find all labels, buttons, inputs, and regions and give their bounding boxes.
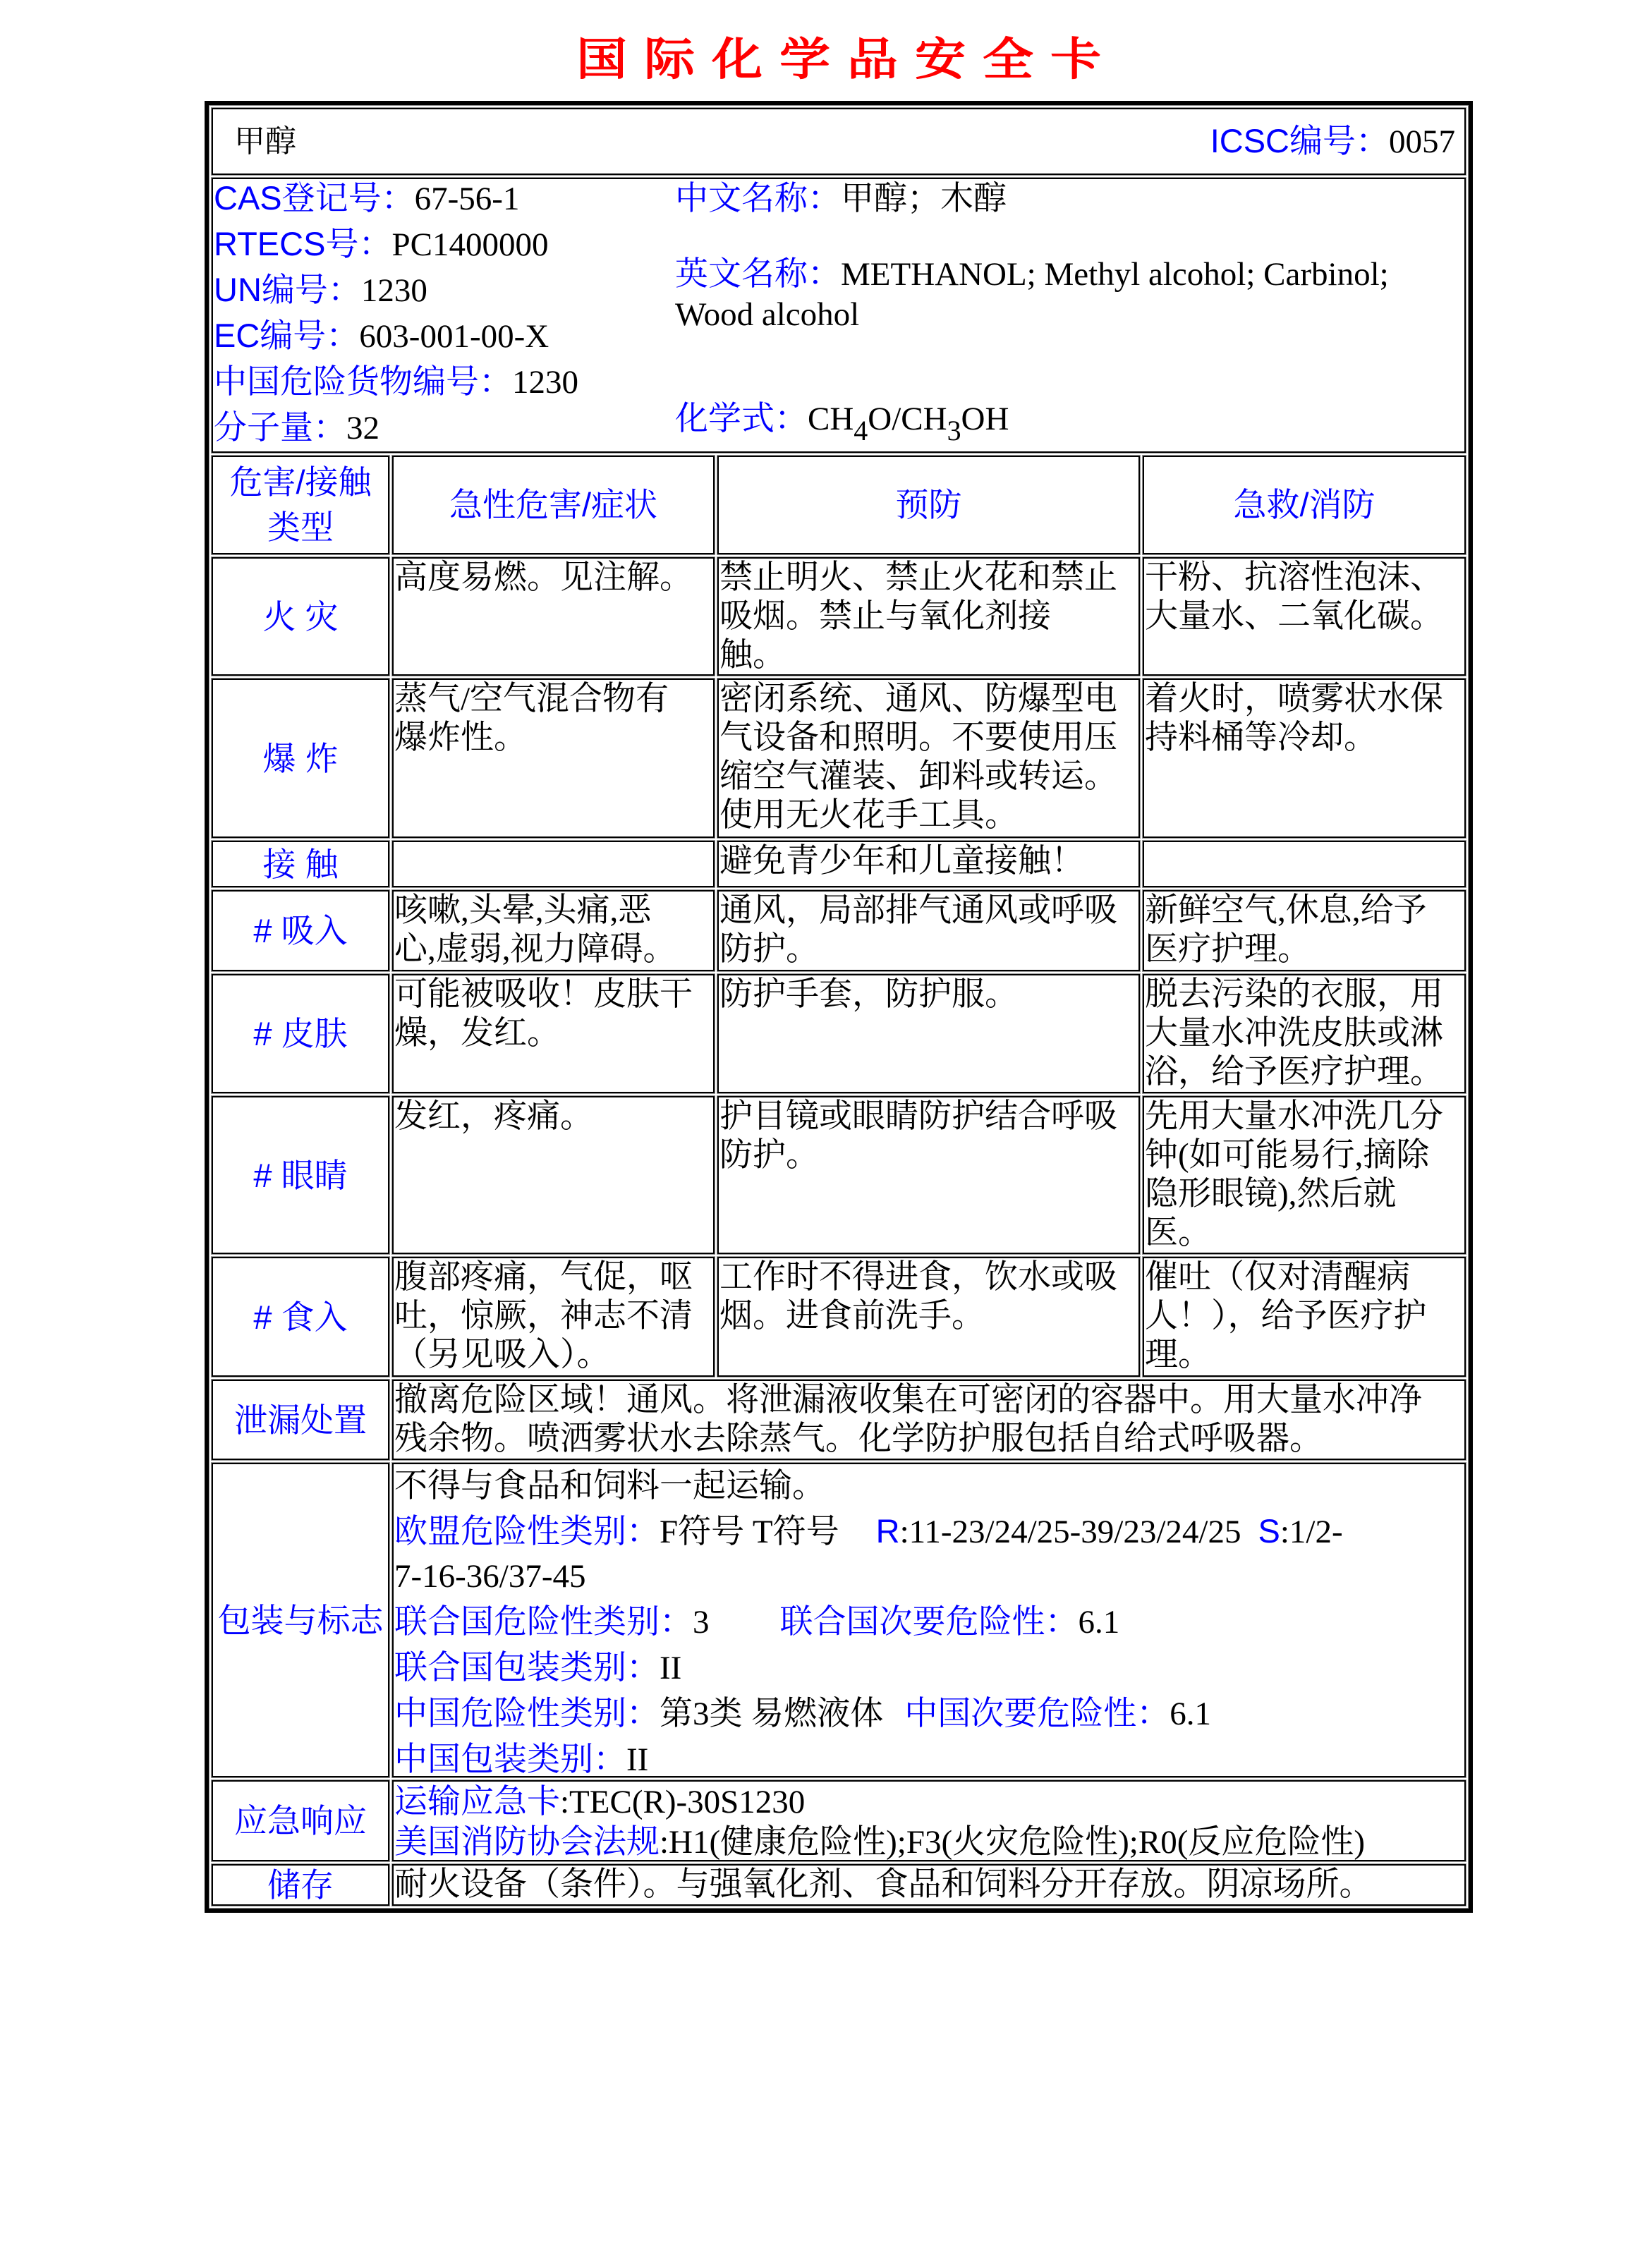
ec-label: EC编号： — [214, 317, 359, 354]
icsc-label: ICSC编号： — [1210, 122, 1389, 159]
hazard-type-label: 爆 炸 — [262, 739, 338, 778]
ec-value: 603-001-00-X — [359, 318, 549, 355]
un-subsidiary-value: 6.1 — [1079, 1604, 1120, 1641]
china-packing-group: 中国包装类别：II — [394, 1736, 1464, 1782]
page-title: 国际化学品安全卡 — [559, 35, 1118, 85]
fire-first-aid: 干粉、抗溶性泡沫、 大量水、二氧化碳。 — [1144, 559, 1464, 636]
molecular-weight-value: 32 — [346, 410, 379, 446]
transport-card-value: :TEC(R)-30S1230 — [560, 1784, 805, 1820]
nfpa-code: 美国消防协会法规:H1(健康危险性);F3(火灾危险性);R0(反应危险性) — [394, 1822, 1464, 1862]
transport-note: 不得与食品和饲料一起运输。 — [394, 1464, 1464, 1509]
spillage-label-cell: 泄漏处置 — [212, 1380, 389, 1460]
un-packing-group-value: II — [660, 1650, 681, 1686]
column-header-first-aid: 急救/消防 — [1143, 456, 1466, 554]
un-label: UN编号： — [214, 271, 361, 308]
un-number: UN编号：1230 — [214, 267, 578, 313]
cn-packing-group-value: II — [626, 1741, 648, 1778]
explosion-first-aid: 着火时，喷雾状水保 持料桶等冷却。 — [1144, 680, 1464, 758]
transport-emergency-card: 运输应急卡:TEC(R)-30S1230 — [394, 1782, 1464, 1822]
page-title-container: 国际化学品安全卡 — [205, 31, 1473, 89]
packaging-content-cell: 不得与食品和饲料一起运输。 欧盟危险性类别：F符号 T符号R:11-23/24/… — [392, 1463, 1466, 1777]
un-value: 1230 — [361, 272, 427, 309]
cn-subsidiary-label: 中国次要危险性： — [904, 1694, 1170, 1732]
hazard-type-label: 火 灾 — [262, 597, 338, 636]
ingestion-prevention-cell: 工作时不得进食，饮水或吸 烟。进食前洗手。 — [717, 1257, 1140, 1377]
emergency-label-cell: 应急响应 — [212, 1780, 389, 1861]
hazard-type-fire: 火 灾 — [212, 557, 389, 676]
explosion-first-aid-cell: 着火时，喷雾状水保 持料桶等冷却。 — [1143, 679, 1466, 838]
nfpa-label: 美国消防协会法规 — [394, 1823, 660, 1860]
china-dg-label: 中国危险货物编号： — [214, 363, 512, 400]
ec-number: EC编号：603-001-00-X — [214, 313, 578, 359]
cn-packing-group-label: 中国包装类别： — [394, 1740, 626, 1777]
formula-label: 化学式： — [675, 399, 808, 437]
rtecs-label: RTECS号： — [214, 225, 391, 262]
eu-symbols: F符号 T符号 — [660, 1514, 839, 1550]
column-header-symptoms: 急性危害/症状 — [392, 456, 715, 554]
hazard-type-label: # 眼睛 — [253, 1156, 347, 1195]
packaging-label: 包装与标志 — [218, 1601, 384, 1640]
storage-label-cell: 储存 — [212, 1864, 389, 1906]
cn-class-label: 中国危险性类别： — [394, 1694, 660, 1732]
spillage-text: 撤离危险区域！通风。将泄漏液收集在可密闭的容器中。用大量水冲净 残余物。喷洒雾状… — [394, 1381, 1464, 1459]
emergency-content-cell: 运输应急卡:TEC(R)-30S1230 美国消防协会法规:H1(健康危险性);… — [392, 1780, 1466, 1861]
english-name-label: 英文名称： — [675, 255, 841, 292]
icsc-number: ICSC编号：0057 — [1210, 123, 1455, 159]
eyes-symptoms-cell: 发红，疼痛。 — [392, 1096, 715, 1254]
r-phrase-label: R — [876, 1512, 900, 1550]
china-classification: 中国危险性类别：第3类 易燃液体中国次要危险性：6.1 — [394, 1691, 1464, 1736]
column-header-prevention: 预防 — [717, 456, 1140, 554]
ingestion-symptoms: 腹部疼痛，气促，呕 吐，惊厥，神志不清 （另见吸入）。 — [394, 1258, 713, 1375]
nfpa-value: :H1(健康危险性);F3(火灾危险性);R0(反应危险性) — [660, 1824, 1365, 1861]
column-header-label: 预防 — [896, 482, 962, 528]
storage-label: 储存 — [267, 1866, 334, 1904]
un-subsidiary-label: 联合国次要危险性： — [780, 1602, 1079, 1640]
eyes-prevention: 护目镜或眼睛防护结合呼吸 防护。 — [719, 1097, 1138, 1175]
chinese-name: 中文名称：甲醇；木醇 — [675, 176, 1007, 221]
column-header-label: 急性危害/症状 — [449, 482, 657, 528]
ingestion-symptoms-cell: 腹部疼痛，气促，呕 吐，惊厥，神志不清 （另见吸入）。 — [392, 1257, 715, 1377]
rtecs-number: RTECS号：PC1400000 — [214, 221, 578, 267]
un-classification: 联合国危险性类别：3联合国次要危险性：6.1 — [394, 1599, 1464, 1645]
hazard-type-ingestion: # 食入 — [212, 1257, 389, 1377]
hazard-type-label: # 吸入 — [253, 911, 347, 950]
column-header-label: 急救/消防 — [1233, 482, 1375, 528]
skin-first-aid: 脱去污染的衣服，用 大量水冲洗皮肤或淋 浴，给予医疗护理。 — [1144, 975, 1464, 1092]
exposure-prevention-cell: 避免青少年和儿童接触！ — [717, 841, 1140, 887]
cas-value: 67-56-1 — [415, 181, 520, 217]
explosion-symptoms-cell: 蒸气/空气混合物有 爆炸性。 — [392, 679, 715, 838]
hazard-type-eyes: # 眼睛 — [212, 1096, 389, 1254]
eyes-first-aid-cell: 先用大量水冲洗几分 钟(如可能易行,摘除 隐形眼镜),然后就 医。 — [1143, 1096, 1466, 1254]
ingestion-first-aid-cell: 催吐（仅对清醒病 人！），给予医疗护 理。 — [1143, 1257, 1466, 1377]
hazard-type-label: 接 触 — [262, 845, 338, 884]
eyes-prevention-cell: 护目镜或眼睛防护结合呼吸 防护。 — [717, 1096, 1140, 1254]
hazard-type-inhalation: # 吸入 — [212, 890, 389, 971]
formula-subscript: 3 — [947, 415, 961, 446]
column-header-label: 危害/接触 类型 — [229, 460, 371, 550]
inhalation-symptoms-cell: 咳嗽,头晕,头痛,恶 心,虚弱,视力障碍。 — [392, 890, 715, 971]
hazard-type-label: # 食入 — [253, 1298, 347, 1337]
eu-class-label: 欧盟危险性类别： — [394, 1512, 660, 1550]
fire-symptoms-cell: 高度易燃。见注解。 — [392, 557, 715, 676]
cn-class-value: 第3类 易燃液体 — [660, 1696, 883, 1732]
chinese-name-value: 甲醇；木醇 — [841, 181, 1007, 217]
skin-symptoms: 可能被吸收！皮肤干 燥，发红。 — [394, 975, 713, 1053]
ingestion-prevention: 工作时不得进食，饮水或吸 烟。进食前洗手。 — [719, 1258, 1138, 1336]
un-packing-group: 联合国包装类别：II — [394, 1645, 1464, 1691]
fire-symptoms: 高度易燃。见注解。 — [394, 559, 713, 597]
emergency-label: 应急响应 — [234, 1801, 367, 1840]
skin-first-aid-cell: 脱去污染的衣服，用 大量水冲洗皮肤或淋 浴，给予医疗护理。 — [1143, 974, 1466, 1093]
storage-content-cell: 耐火设备（条件）。与强氧化剂、食品和饲料分开存放。阴凉场所。 — [392, 1864, 1466, 1906]
cas-number: CAS登记号：67-56-1 — [214, 176, 578, 221]
formula-segment: OH — [961, 401, 1009, 437]
spillage-label: 泄漏处置 — [234, 1401, 367, 1440]
cas-label: CAS登记号： — [214, 179, 415, 217]
fire-first-aid-cell: 干粉、抗溶性泡沫、 大量水、二氧化碳。 — [1143, 557, 1466, 676]
molecular-weight-label: 分子量： — [214, 408, 346, 446]
safety-card-table: 甲醇 ICSC编号：0057 CAS登记号：67-56-1 RTECS号：PC1… — [205, 101, 1473, 1913]
storage-text: 耐火设备（条件）。与强氧化剂、食品和饲料分开存放。阴凉场所。 — [394, 1866, 1464, 1904]
eu-classification: 欧盟危险性类别：F符号 T符号R:11-23/24/25-39/23/24/25… — [394, 1509, 1464, 1599]
ingestion-first-aid: 催吐（仅对清醒病 人！），给予医疗护 理。 — [1144, 1258, 1464, 1375]
formula-segment: CH — [808, 401, 854, 437]
exposure-first-aid-cell — [1143, 841, 1466, 887]
molecular-weight: 分子量：32 — [214, 405, 578, 451]
chemical-name: 甲醇 — [234, 124, 296, 159]
inhalation-first-aid-cell: 新鲜空气,休息,给予 医疗护理。 — [1143, 890, 1466, 971]
un-class-label: 联合国危险性类别： — [394, 1602, 693, 1640]
cn-subsidiary-value: 6.1 — [1170, 1696, 1211, 1732]
identifiers-section: CAS登记号：67-56-1 RTECS号：PC1400000 UN编号：123… — [212, 178, 1466, 453]
eyes-first-aid: 先用大量水冲洗几分 钟(如可能易行,摘除 隐形眼镜),然后就 医。 — [1144, 1097, 1464, 1253]
explosion-symptoms: 蒸气/空气混合物有 爆炸性。 — [394, 680, 713, 758]
chinese-name-label: 中文名称： — [675, 179, 841, 217]
hazard-type-explosion: 爆 炸 — [212, 679, 389, 838]
identifier-list: CAS登记号：67-56-1 RTECS号：PC1400000 UN编号：123… — [214, 176, 578, 451]
china-dg-value: 1230 — [512, 364, 578, 401]
exposure-symptoms-cell — [392, 841, 715, 887]
english-name: 英文名称：METHANOL; Methyl alcohol; Carbinol;… — [675, 253, 1462, 335]
hazard-type-label: # 皮肤 — [253, 1014, 347, 1053]
skin-prevention: 防护手套，防护服。 — [719, 975, 1138, 1014]
skin-prevention-cell: 防护手套，防护服。 — [717, 974, 1140, 1093]
exposure-prevention: 避免青少年和儿童接触！ — [719, 842, 1138, 881]
hazard-type-exposure: 接 触 — [212, 841, 389, 887]
skin-symptoms-cell: 可能被吸收！皮肤干 燥，发红。 — [392, 974, 715, 1093]
inhalation-prevention-cell: 通风，局部排气通风或呼吸 防护。 — [717, 890, 1140, 971]
inhalation-prevention: 通风，局部排气通风或呼吸 防护。 — [719, 892, 1138, 969]
chemical-formula: 化学式：CH4O/CH3OH — [675, 396, 1009, 442]
un-class-value: 3 — [693, 1604, 710, 1641]
r-phrase-value: :11-23/24/25-39/23/24/25 — [900, 1514, 1241, 1550]
s-phrase-label: S — [1258, 1512, 1280, 1550]
transport-card-label: 运输应急卡 — [394, 1782, 560, 1820]
rtecs-value: PC1400000 — [391, 226, 548, 263]
explosion-prevention-cell: 密闭系统、通风、防爆型电 气设备和照明。不要使用压 缩空气灌装、卸料或转运。 使… — [717, 679, 1140, 838]
fire-prevention-cell: 禁止明火、禁止火花和禁止 吸烟。禁止与氧化剂接 触。 — [717, 557, 1140, 676]
hazard-type-skin: # 皮肤 — [212, 974, 389, 1093]
explosion-prevention: 密闭系统、通风、防爆型电 气设备和照明。不要使用压 缩空气灌装、卸料或转运。 使… — [719, 680, 1138, 835]
icsc-value: 0057 — [1389, 123, 1455, 160]
inhalation-symptoms: 咳嗽,头晕,头痛,恶 心,虚弱,视力障碍。 — [394, 892, 713, 969]
formula-segment: O/CH — [868, 401, 947, 437]
formula-subscript: 4 — [854, 415, 868, 446]
un-packing-group-label: 联合国包装类别： — [394, 1648, 660, 1686]
packaging-label-cell: 包装与标志 — [212, 1463, 389, 1777]
fire-prevention: 禁止明火、禁止火花和禁止 吸烟。禁止与氧化剂接 触。 — [719, 559, 1138, 675]
chemical-header-row: 甲醇 ICSC编号：0057 — [212, 108, 1466, 175]
spillage-content-cell: 撤离危险区域！通风。将泄漏液收集在可密闭的容器中。用大量水冲净 残余物。喷洒雾状… — [392, 1380, 1466, 1460]
transport-note-text: 不得与食品和饲料一起运输。 — [394, 1468, 825, 1504]
column-header-hazard-type: 危害/接触 类型 — [212, 456, 389, 554]
china-dangerous-goods-number: 中国危险货物编号：1230 — [214, 359, 578, 405]
inhalation-first-aid: 新鲜空气,休息,给予 医疗护理。 — [1144, 892, 1464, 969]
eyes-symptoms: 发红，疼痛。 — [394, 1097, 713, 1136]
